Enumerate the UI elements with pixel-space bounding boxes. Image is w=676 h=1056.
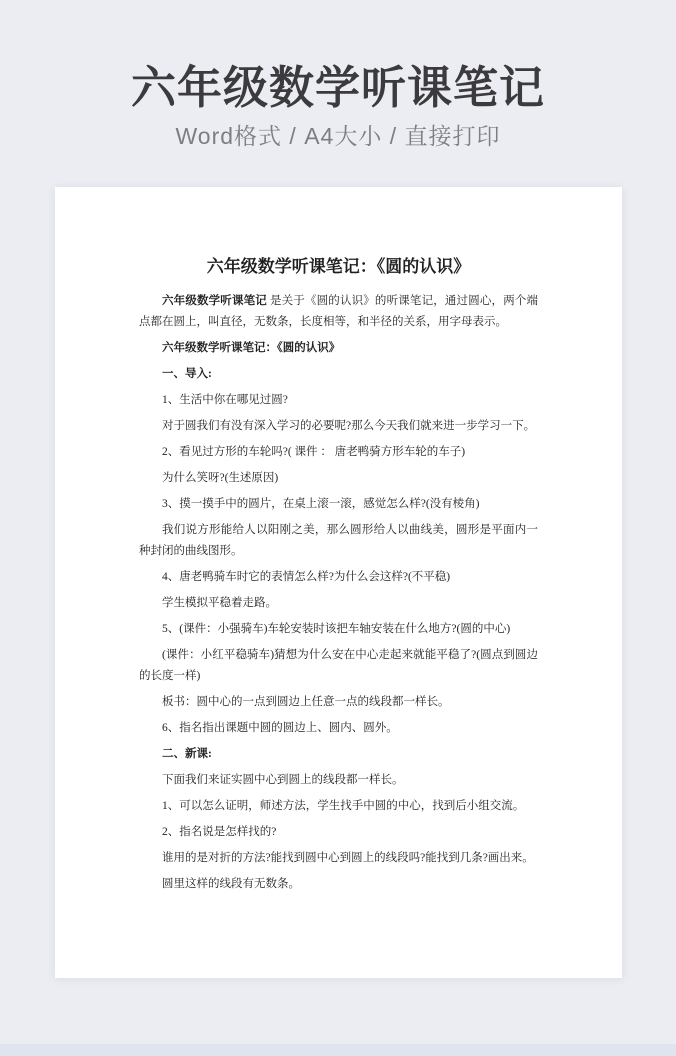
- document-paragraph: 3、摸一摸手中的圆片，在桌上滚一滚，感觉怎么样?(没有棱角): [139, 494, 538, 515]
- document-paragraph: 对于圆我们有没有深入学习的必要呢?那么今天我们就来进一步学习一下。: [139, 416, 538, 437]
- template-title: 六年级数学听课笔记: [0, 62, 676, 114]
- template-subtitle: Word格式 / A4大小 / 直接打印: [0, 121, 676, 151]
- document-heading: 六年级数学听课笔记：《圆的认识》: [139, 338, 538, 359]
- document-paragraph: 2、指名说是怎样找的?: [139, 822, 538, 843]
- document-paragraph: (课件：小红平稳骑车)猜想为什么安在中心走起来就能平稳了?(圆点到圆边的长度一样…: [139, 645, 538, 687]
- document-paragraph: 为什么笑呀?(生述原因): [139, 468, 538, 489]
- document-paragraph: 5、(课件：小强骑车)车轮安装时该把车轴安装在什么地方?(圆的中心): [139, 619, 538, 640]
- document-paragraph: 六年级数学听课笔记 是关于《圆的认识》的听课笔记，通过圆心，两个端点都在圆上，叫…: [139, 291, 538, 333]
- document-paragraph: 6、指名指出课题中圆的圆边上、圆内、圆外。: [139, 718, 538, 739]
- document-heading: 二、新课:: [139, 744, 538, 765]
- document-paragraph: 学生模拟平稳着走路。: [139, 593, 538, 614]
- paragraph-bold-lead: 六年级数学听课笔记: [162, 295, 267, 307]
- next-section-edge: [0, 1044, 676, 1056]
- template-header: 六年级数学听课笔记 Word格式 / A4大小 / 直接打印: [0, 0, 676, 151]
- document-paragraph: 我们说方形能给人以阳刚之美，那么圆形给人以曲线美，圆形是平面内一种封闭的曲线图形…: [139, 520, 538, 562]
- document-paragraph: 圆里这样的线段有无数条。: [139, 874, 538, 895]
- document-paragraph: 1、生活中你在哪见过圆?: [139, 390, 538, 411]
- document-page-preview: 六年级数学听课笔记：《圆的认识》 六年级数学听课笔记 是关于《圆的认识》的听课笔…: [55, 187, 622, 978]
- document-paragraph: 2、看见过方形的车轮吗?( 课件 ： 唐老鸭骑方形车轮的车子): [139, 442, 538, 463]
- document-heading: 一、导入:: [139, 364, 538, 385]
- document-paragraph: 1、可以怎么证明，师述方法，学生找手中圆的中心，找到后小组交流。: [139, 796, 538, 817]
- document-body: 六年级数学听课笔记 是关于《圆的认识》的听课笔记，通过圆心，两个端点都在圆上，叫…: [139, 291, 538, 895]
- document-paragraph: 板书：圆中心的一点到圆边上任意一点的线段都一样长。: [139, 692, 538, 713]
- document-paragraph: 4、唐老鸭骑车时它的表情怎么样?为什么会这样?(不平稳): [139, 567, 538, 588]
- document-paragraph: 下面我们来证实圆中心到圆上的线段都一样长。: [139, 770, 538, 791]
- document-title: 六年级数学听课笔记：《圆的认识》: [139, 255, 538, 279]
- document-paragraph: 谁用的是对折的方法?能找到圆中心到圆上的线段吗?能找到几条?画出来。: [139, 848, 538, 869]
